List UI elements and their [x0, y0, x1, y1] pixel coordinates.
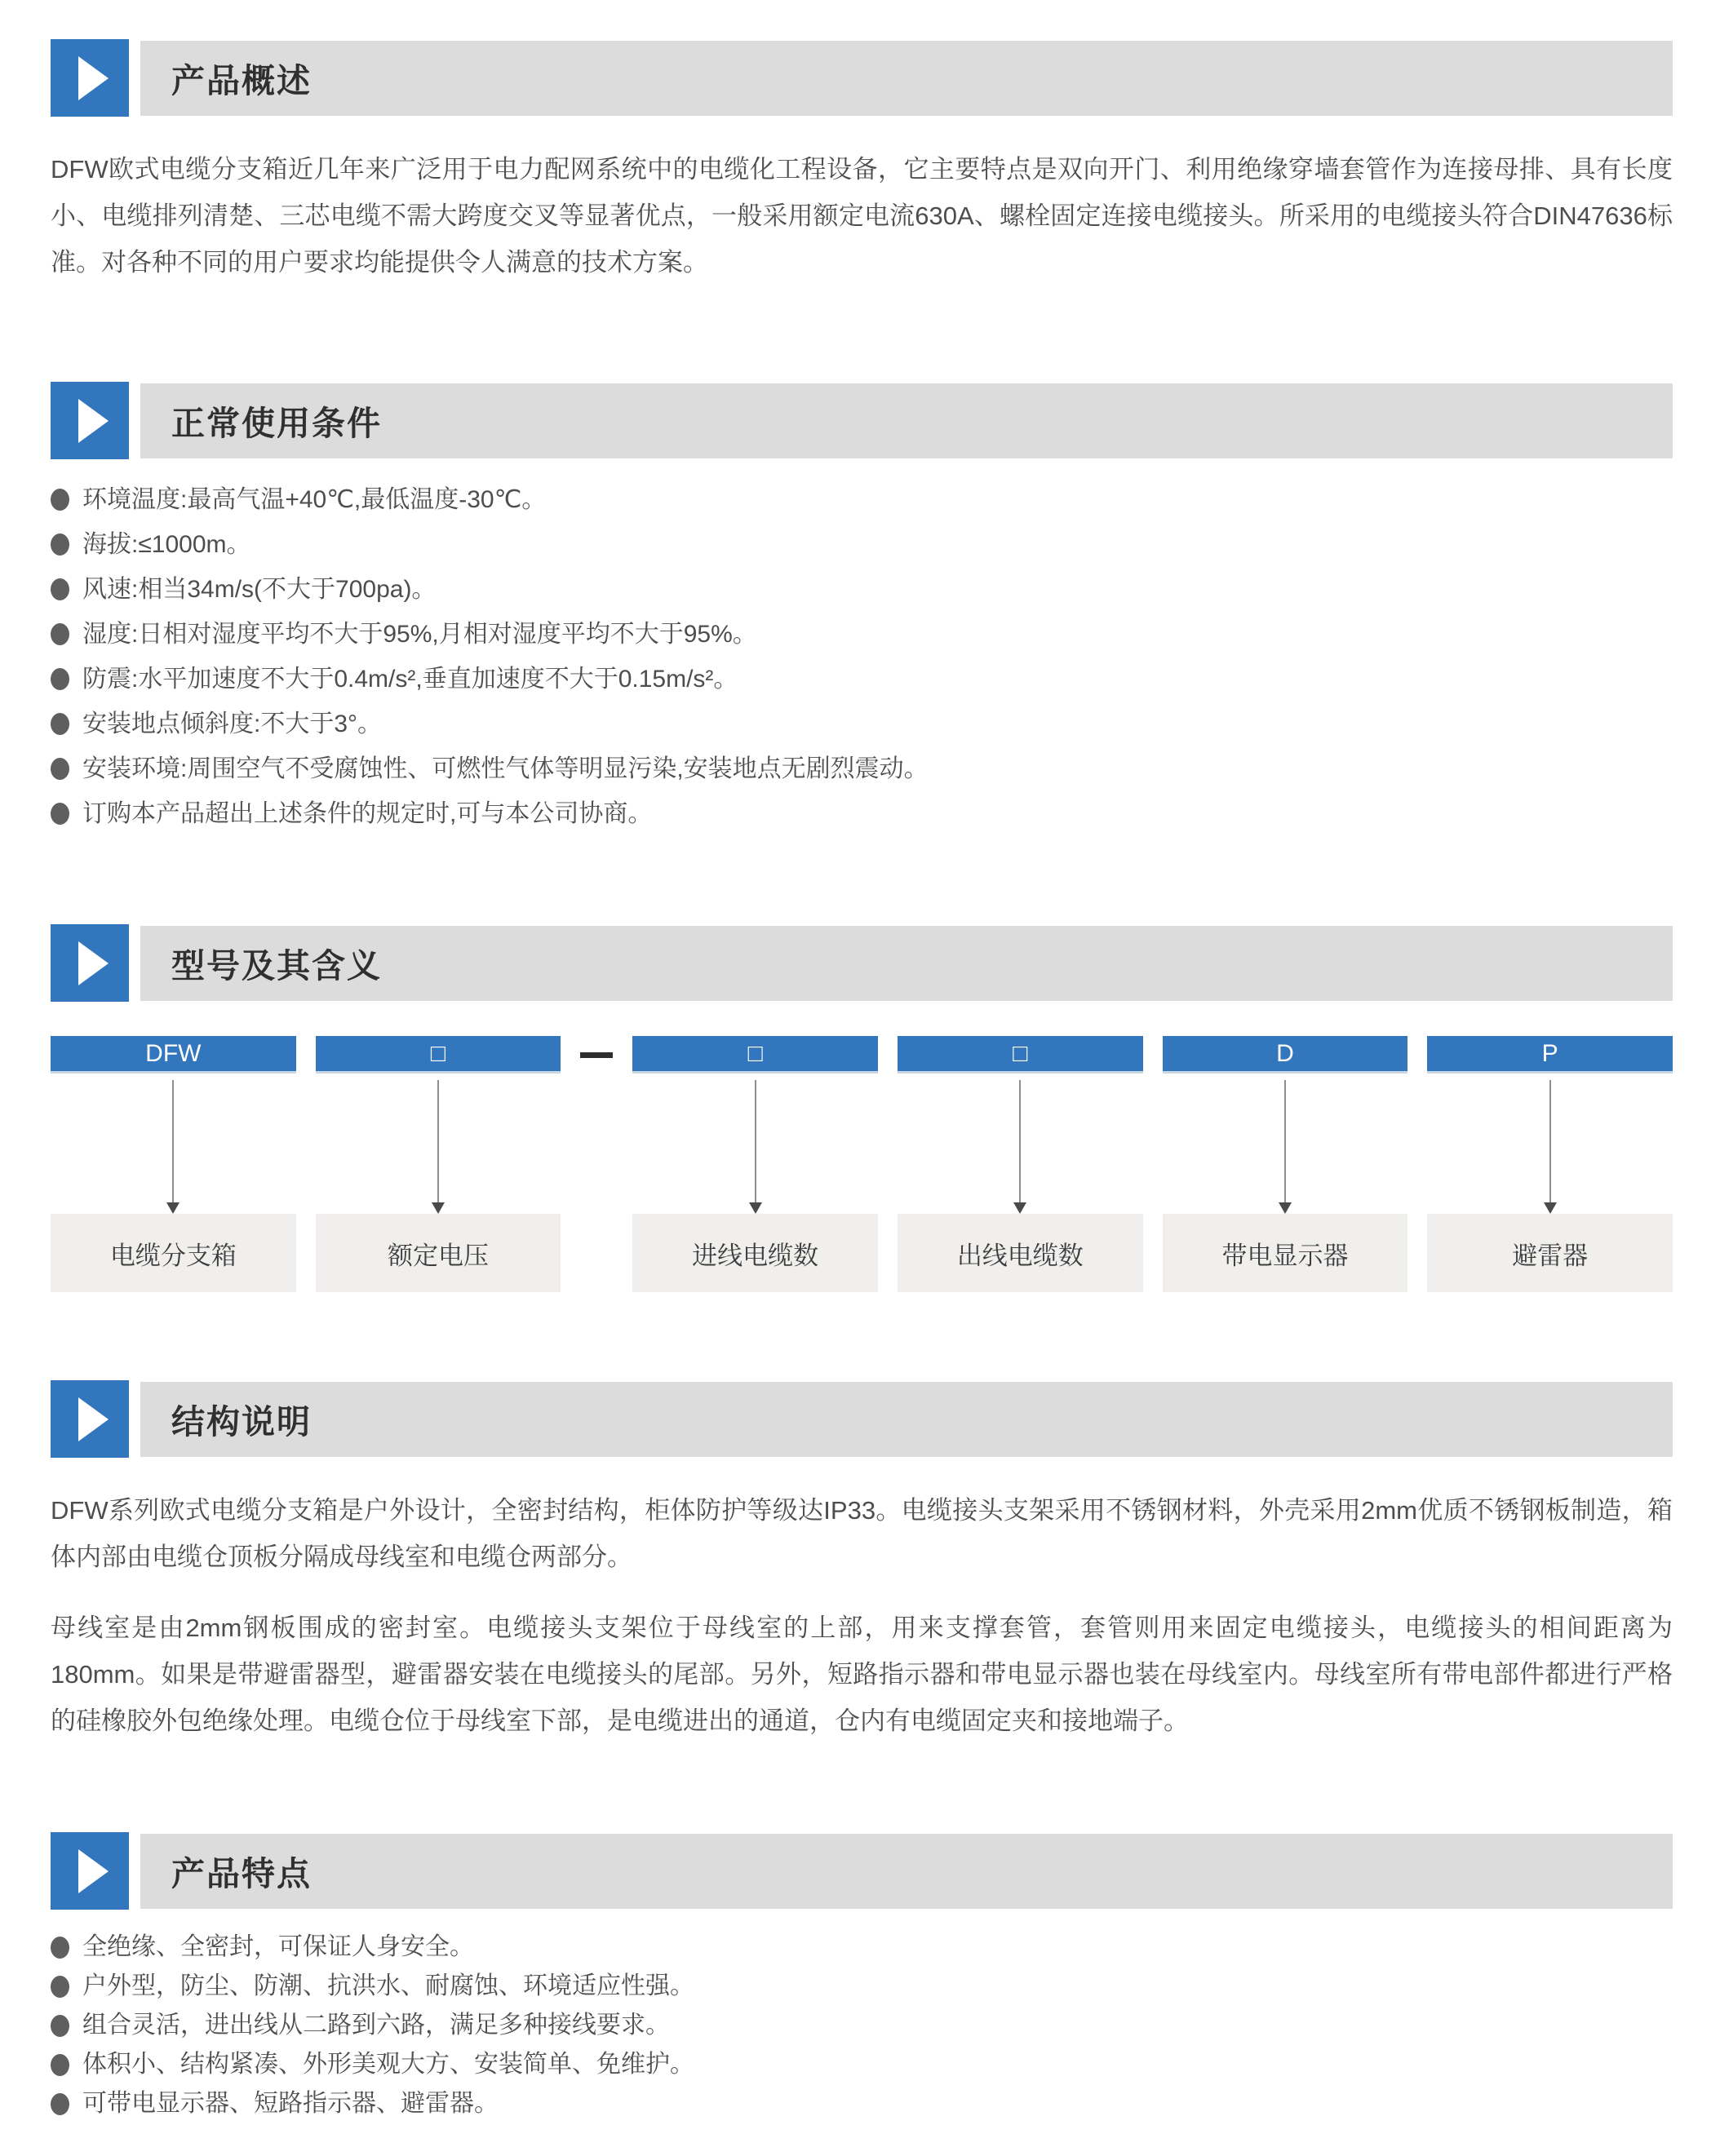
- bullet-icon: [51, 1937, 69, 1959]
- model-label-live-display: 带电显示器: [1163, 1214, 1408, 1292]
- condition-item: 安装地点倾斜度:不大于3°。: [51, 702, 1673, 746]
- condition-item: 环境温度:最高气温+40℃,最低温度-30℃。: [51, 477, 1673, 522]
- model-label-text: 避雷器: [1512, 1235, 1588, 1272]
- section-header-overview: 产品概述: [51, 39, 1673, 117]
- section-title-conditions: 正常使用条件: [171, 396, 382, 445]
- condition-text: 环境温度:最高气温+40℃,最低温度-30℃。: [82, 477, 546, 522]
- arrow-line: [755, 1080, 756, 1202]
- section-header-bar: 产品特点: [140, 1834, 1673, 1909]
- condition-text: 安装地点倾斜度:不大于3°。: [82, 702, 382, 746]
- model-label-text: 额定电压: [388, 1235, 489, 1272]
- arrow-spacer: [580, 1074, 613, 1214]
- arrow-line: [172, 1080, 174, 1202]
- condition-text: 订购本产品超出上述条件的规定时,可与本公司协商。: [82, 791, 652, 836]
- down-arrow: [51, 1074, 296, 1214]
- condition-text: 风速:相当34m/s(不大于700pa)。: [82, 567, 436, 612]
- model-label-text: 带电显示器: [1221, 1235, 1348, 1272]
- feature-item: 组合灵活，进出线从二路到六路，满足多种接线要求。: [51, 2006, 1673, 2045]
- feature-item: 体积小、结构紧凑、外形美观大方、安装简单、免维护。: [51, 2045, 1673, 2084]
- play-icon: [51, 39, 129, 117]
- arrow-line: [437, 1080, 439, 1202]
- product-datasheet-page: 产品概述 DFW欧式电缆分支箱近几年来广泛用于电力配网系统中的电缆化工程设备，它…: [0, 0, 1720, 2156]
- model-code-box-outlets: □: [898, 1036, 1143, 1074]
- model-code-text: DFW: [145, 1040, 201, 1068]
- features-list: 全绝缘、全密封，可保证人身安全。 户外型，防尘、防潮、抗洪水、耐腐蚀、环境适应性…: [51, 1928, 1673, 2123]
- label-spacer: [580, 1214, 613, 1292]
- model-code-box-voltage: □: [316, 1036, 561, 1074]
- condition-text: 湿度:日相对湿度平均不大于95%,月相对湿度平均不大于95%。: [82, 612, 757, 657]
- section-header-model: 型号及其含义: [51, 924, 1673, 1002]
- bullet-icon: [51, 578, 69, 600]
- condition-item: 安装环境:周围空气不受腐蚀性、可燃性气体等明显污染,安装地点无剧烈震动。: [51, 746, 1673, 791]
- bullet-icon: [51, 489, 69, 511]
- model-label-text: 电缆分支箱: [110, 1235, 237, 1272]
- bullet-icon: [51, 713, 69, 735]
- triangle-icon: [78, 399, 109, 443]
- model-code-text: D: [1276, 1040, 1294, 1068]
- feature-item: 户外型，防尘、防潮、抗洪水、耐腐蚀、环境适应性强。: [51, 1967, 1673, 2006]
- section-title-features: 产品特点: [171, 1847, 312, 1895]
- section-title-overview: 产品概述: [171, 54, 312, 102]
- condition-item: 海拔:≤1000m。: [51, 522, 1673, 567]
- bullet-icon: [51, 533, 69, 556]
- feature-text: 体积小、结构紧凑、外形美观大方、安装简单、免维护。: [82, 2045, 694, 2084]
- arrow-head-icon: [1279, 1202, 1292, 1214]
- section-header-structure: 结构说明: [51, 1380, 1673, 1458]
- section-header-bar: 正常使用条件: [140, 383, 1673, 458]
- bullet-icon: [51, 2054, 69, 2076]
- model-label-inlet-cables: 进线电缆数: [632, 1214, 878, 1292]
- model-code-text: P: [1542, 1040, 1558, 1068]
- down-arrow: [316, 1074, 561, 1214]
- condition-item: 风速:相当34m/s(不大于700pa)。: [51, 567, 1673, 612]
- model-label-outlet-cables: 出线电缆数: [898, 1214, 1143, 1292]
- down-arrow: [1427, 1074, 1673, 1214]
- condition-item: 防震:水平加速度不大于0.4m/s²,垂直加速度不大于0.15m/s²。: [51, 657, 1673, 702]
- model-label-branch-box: 电缆分支箱: [51, 1214, 296, 1292]
- feature-text: 户外型，防尘、防潮、抗洪水、耐腐蚀、环境适应性强。: [82, 1967, 694, 2006]
- arrow-line: [1019, 1080, 1021, 1202]
- model-code-box-inlets: □: [632, 1036, 878, 1074]
- model-label-rated-voltage: 额定电压: [316, 1214, 561, 1292]
- arrow-head-icon: [1544, 1202, 1557, 1214]
- bullet-icon: [51, 1976, 69, 1998]
- model-code-box-d: D: [1163, 1036, 1408, 1074]
- feature-text: 可带电显示器、短路指示器、避雷器。: [82, 2084, 499, 2123]
- feature-text: 组合灵活，进出线从二路到六路，满足多种接线要求。: [82, 2006, 670, 2045]
- model-code-text: □: [748, 1040, 763, 1068]
- model-label-text: 进线电缆数: [692, 1235, 818, 1272]
- arrow-line: [1284, 1080, 1286, 1202]
- model-code-box-p: P: [1427, 1036, 1673, 1074]
- section-header-bar: 型号及其含义: [140, 926, 1673, 1001]
- triangle-icon: [78, 1849, 109, 1893]
- model-code-text: □: [431, 1040, 446, 1068]
- bullet-icon: [51, 2093, 69, 2115]
- model-label-text: 出线电缆数: [957, 1235, 1084, 1272]
- arrow-line: [1549, 1080, 1551, 1202]
- feature-item: 可带电显示器、短路指示器、避雷器。: [51, 2084, 1673, 2123]
- play-icon: [51, 382, 129, 459]
- condition-text: 海拔:≤1000m。: [82, 522, 251, 567]
- model-dash-separator: [580, 1036, 613, 1074]
- down-arrow: [898, 1074, 1143, 1214]
- bullet-icon: [51, 803, 69, 825]
- feature-item: 全绝缘、全密封，可保证人身安全。: [51, 1928, 1673, 1967]
- model-code-text: □: [1013, 1040, 1027, 1068]
- triangle-icon: [78, 941, 109, 985]
- condition-text: 安装环境:周围空气不受腐蚀性、可燃性气体等明显污染,安装地点无剧烈震动。: [82, 746, 929, 791]
- section-header-bar: 结构说明: [140, 1382, 1673, 1457]
- arrow-head-icon: [432, 1202, 445, 1214]
- condition-item: 湿度:日相对湿度平均不大于95%,月相对湿度平均不大于95%。: [51, 612, 1673, 657]
- model-code-box-dfw: DFW: [51, 1036, 296, 1074]
- triangle-icon: [78, 1397, 109, 1441]
- triangle-icon: [78, 56, 109, 100]
- section-header-conditions: 正常使用条件: [51, 382, 1673, 459]
- model-label-arrester: 避雷器: [1427, 1214, 1673, 1292]
- arrow-head-icon: [749, 1202, 762, 1214]
- bullet-icon: [51, 668, 69, 690]
- bullet-icon: [51, 2015, 69, 2037]
- condition-text: 防震:水平加速度不大于0.4m/s²,垂直加速度不大于0.15m/s²。: [82, 657, 738, 702]
- play-icon: [51, 1380, 129, 1458]
- bullet-icon: [51, 623, 69, 645]
- play-icon: [51, 1832, 129, 1910]
- section-title-structure: 结构说明: [171, 1395, 312, 1443]
- down-arrow: [632, 1074, 878, 1214]
- arrow-head-icon: [1013, 1202, 1026, 1214]
- overview-paragraph: DFW欧式电缆分支箱近几年来广泛用于电力配网系统中的电缆化工程设备，它主要特点是…: [51, 146, 1673, 286]
- condition-item: 订购本产品超出上述条件的规定时,可与本公司协商。: [51, 791, 1673, 836]
- structure-paragraph-2: 母线室是由2mm钢板围成的密封室。电缆接头支架位于母线室的上部，用来支撑套管，套…: [51, 1605, 1673, 1744]
- bullet-icon: [51, 758, 69, 780]
- down-arrow: [1163, 1074, 1408, 1214]
- section-title-model: 型号及其含义: [171, 939, 382, 987]
- dash-icon: [580, 1052, 613, 1058]
- play-icon: [51, 924, 129, 1002]
- section-header-features: 产品特点: [51, 1832, 1673, 1910]
- feature-text: 全绝缘、全密封，可保证人身安全。: [82, 1928, 474, 1967]
- section-header-bar: 产品概述: [140, 41, 1673, 116]
- arrow-head-icon: [166, 1202, 180, 1214]
- model-designation-diagram: DFW □ □ □ D P 电缆分支箱 额定电压 进线电缆数 出线电缆数 带电显…: [51, 1036, 1673, 1292]
- conditions-list: 环境温度:最高气温+40℃,最低温度-30℃。 海拔:≤1000m。 风速:相当…: [51, 477, 1673, 836]
- structure-paragraph-1: DFW系列欧式电缆分支箱是户外设计，全密封结构，柜体防护等级达IP33。电缆接头…: [51, 1487, 1673, 1580]
